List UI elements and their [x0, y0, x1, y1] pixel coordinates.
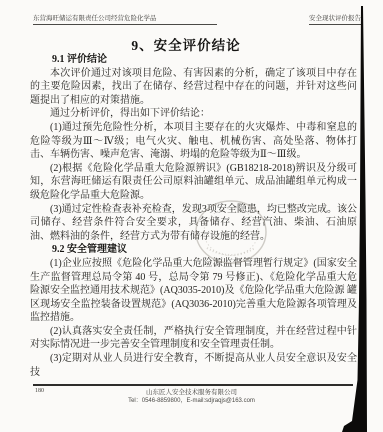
paragraph: 通过分析评价，得出如下评价结论：	[30, 107, 357, 121]
scanned-document-page: 东营海旺储运有限责任公司经营危险化学品 安全现状评价报告 9、安全评价结论 9.…	[0, 0, 383, 432]
running-header: 东营海旺储运有限责任公司经营危险化学品 安全现状评价报告	[0, 11, 383, 27]
paragraph: (3)定期对从业人员进行安全教育，不断提高从业人员安全意识及安全技	[30, 352, 357, 379]
paragraph: (1)通过预先危险性分析，本项目主要存在的火灾爆炸、中毒和窒息的危险等级为Ⅲ～Ⅳ…	[30, 121, 357, 162]
page-title: 9、安全评价结论	[0, 34, 372, 54]
document-body: 9.1 评价结论 本次评价通过对该项目危险、有害因素的分析，确定了该项目中存在的…	[30, 53, 357, 379]
footer-contact: Tel：0546-8859800，E-mail:sdjraqjs@163.com	[0, 395, 383, 404]
running-header-left: 东营海旺储运有限责任公司经营危险化学品	[33, 13, 217, 25]
running-header-right: 安全现状评价报告	[309, 13, 361, 25]
section-heading-9-2: 9.2 安全管理建议	[30, 243, 357, 257]
paragraph: (2)认真落实安全责任制，严格执行安全管理制度，并在经营过程中针对实际情况进一步…	[30, 325, 357, 352]
paragraph: (2)根据《危险化学品重大危险源辨识》(GB18218-2018)辨识及分级可知…	[30, 162, 357, 203]
footer-divider	[33, 384, 353, 386]
section-heading-9-1: 9.1 评价结论	[30, 53, 357, 67]
paragraph: (1)企业应按照《危险化学品重大危险源监督管理暂行规定》(国家安全生产监督管理总…	[30, 257, 357, 325]
paragraph: 本次评价通过对该项目危险、有害因素的分析，确定了该项目中存在的主要危险因素，找出…	[30, 67, 357, 108]
paragraph: (3)通过定性检查表补充检查，发现3项安全隐患，均已整改完成。该公司储存、经营条…	[30, 203, 357, 244]
